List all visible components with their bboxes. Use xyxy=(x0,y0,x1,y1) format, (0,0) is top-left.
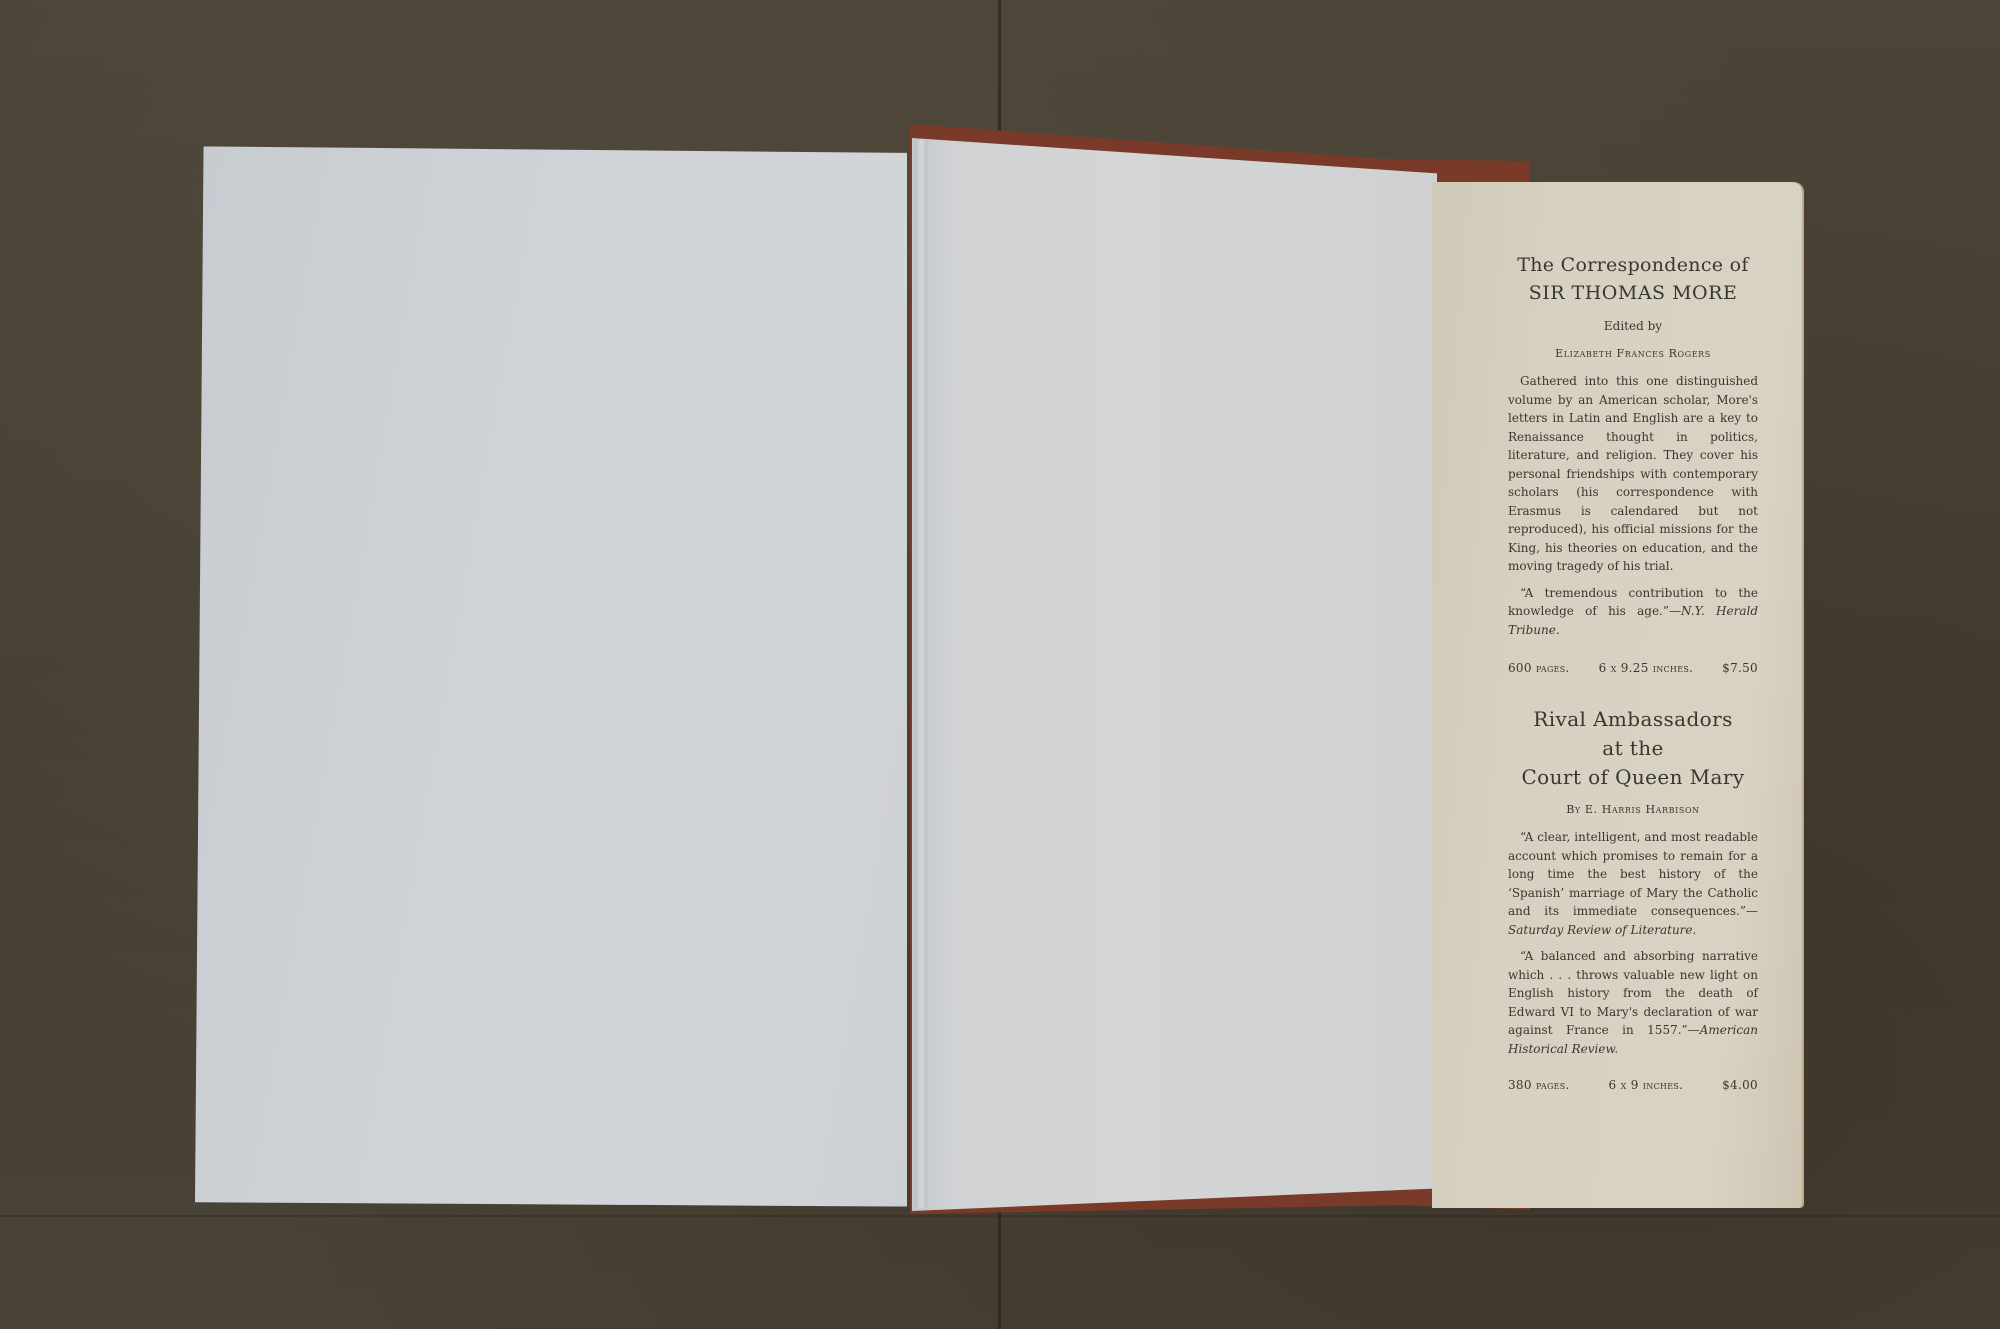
right-endpaper xyxy=(912,138,1437,1211)
book2-price: $4.00 xyxy=(1722,1078,1758,1092)
flap-text: The Correspondence of SIR THOMAS MORE Ed… xyxy=(1508,250,1758,1092)
book2-size: 6 x 9 inches. xyxy=(1609,1078,1684,1092)
book1-edited-by: Edited by xyxy=(1508,316,1758,336)
tabletop-seam-horizontal xyxy=(0,1215,2000,1217)
book2-review2: “A balanced and absorbing narrative whic… xyxy=(1508,947,1758,1058)
book1-description: Gathered into this one distinguished vol… xyxy=(1508,372,1758,576)
book2-specs: 380 pages. 6 x 9 inches. $4.00 xyxy=(1508,1078,1758,1092)
book2-pages: 380 pages. xyxy=(1508,1078,1570,1092)
dust-jacket-flap: The Correspondence of SIR THOMAS MORE Ed… xyxy=(1432,182,1802,1208)
book2-review1-quote: “A clear, intelligent, and most readable… xyxy=(1508,830,1758,918)
book1-pages: 600 pages. xyxy=(1508,661,1570,675)
book2-title-line3: Court of Queen Mary xyxy=(1508,763,1758,792)
book2-title-line1: Rival Ambassadors xyxy=(1508,705,1758,734)
book1-price: $7.50 xyxy=(1722,661,1758,675)
left-endpaper xyxy=(195,146,907,1206)
book2-title: Rival Ambassadors at the Court of Queen … xyxy=(1508,705,1758,792)
book2-author: By E. Harris Harbison xyxy=(1508,800,1758,820)
book1-editor: Elizabeth Frances Rogers xyxy=(1508,344,1758,364)
book-gutter xyxy=(915,140,931,1208)
book1-review: “A tremendous contribution to the knowle… xyxy=(1508,584,1758,640)
book2-title-line2: at the xyxy=(1508,734,1758,763)
book1-listing: The Correspondence of SIR THOMAS MORE Ed… xyxy=(1508,250,1758,675)
book1-title-line1: The Correspondence of xyxy=(1508,250,1758,280)
book2-listing: Rival Ambassadors at the Court of Queen … xyxy=(1508,705,1758,1092)
book1-specs: 600 pages. 6 x 9.25 inches. $7.50 xyxy=(1508,661,1758,675)
book1-size: 6 x 9.25 inches. xyxy=(1599,661,1694,675)
book2-review1: “A clear, intelligent, and most readable… xyxy=(1508,828,1758,939)
book2-review1-source: Saturday Review of Literature. xyxy=(1508,923,1696,937)
book1-title-line2: SIR THOMAS MORE xyxy=(1508,278,1758,308)
